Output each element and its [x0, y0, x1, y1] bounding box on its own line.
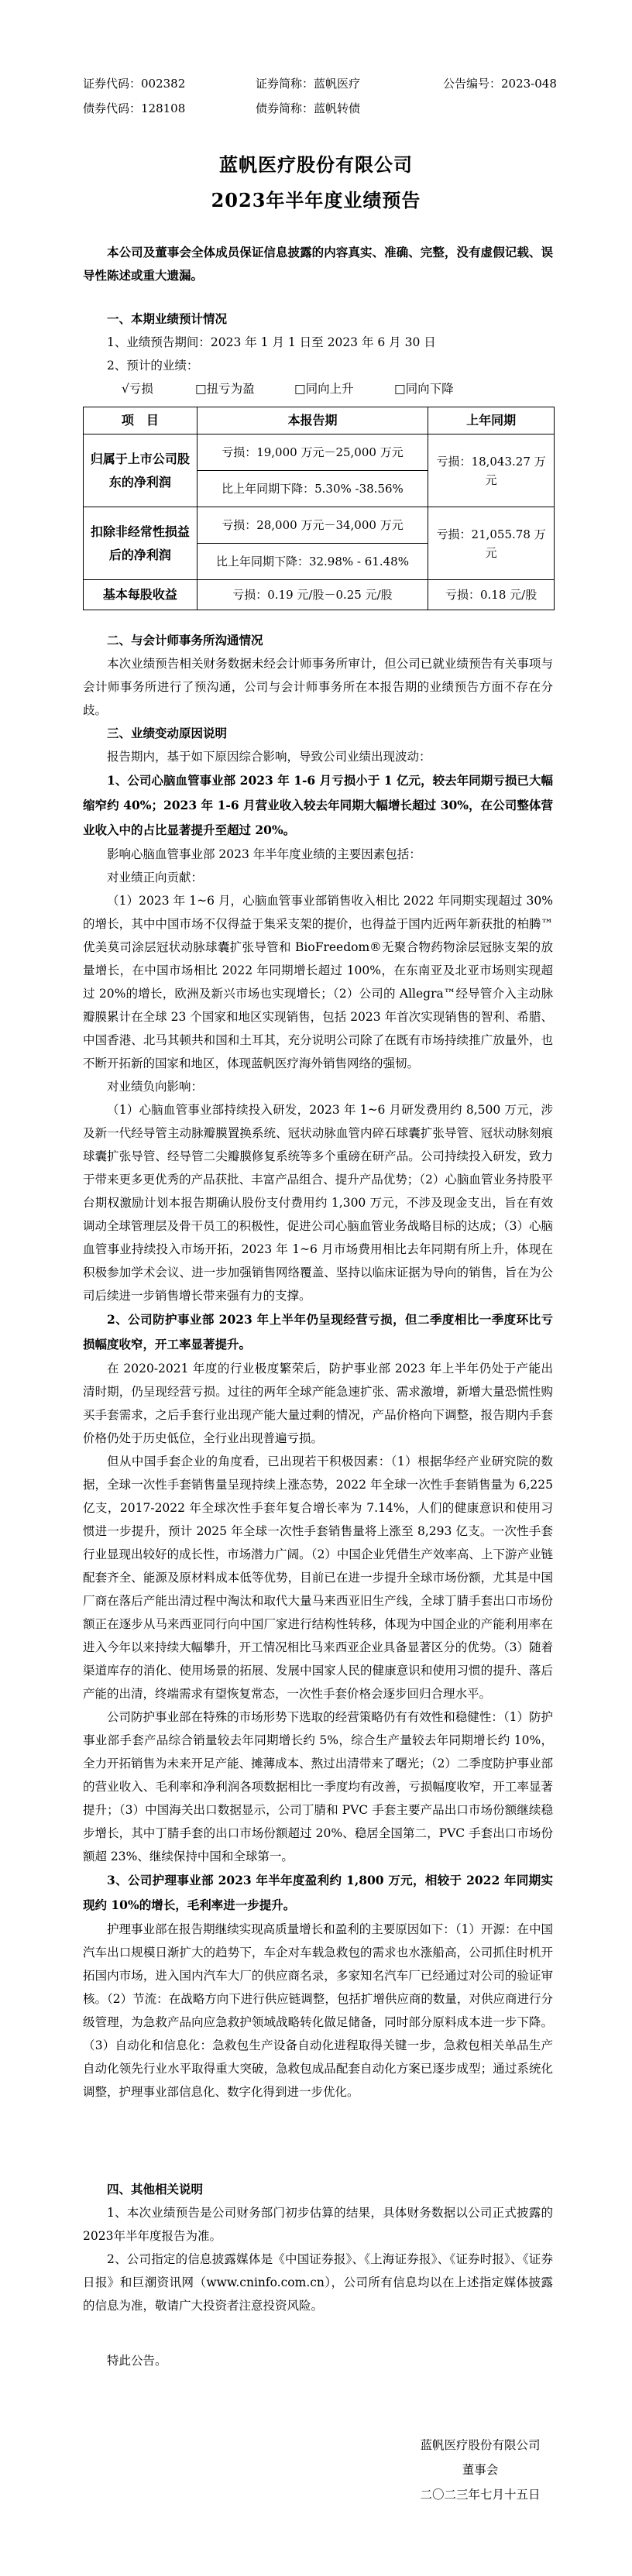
- cardio-positive-label: 对业绩正向贡献：: [83, 866, 553, 889]
- announcement-number: 公告编号：2023-048: [443, 75, 557, 92]
- other-note-1: 1、本次业绩预告是公司财务部门初步估算的结果，具体财务数据以公司正式披露的202…: [83, 2201, 553, 2248]
- cell-current-change: 比上年同期下降：32.98% - 61.48%: [197, 544, 428, 580]
- performance-type-options: √亏损 □扭亏为盈 □同向上升 □同向下降: [83, 377, 553, 400]
- signature-company: 蓝帆医疗股份有限公司: [414, 2432, 546, 2458]
- announcement-page: 证券代码：002382 证券简称：蓝帆医疗 公告编号：2023-048 债券代码…: [0, 0, 632, 2576]
- protection-text-b: 但从中国手套企业的角度看，已出现若干积极因素：（1）根据华经产业研究院的数据，全…: [83, 1450, 553, 1705]
- cell-current-change: 比上年同期下降：5.30% -38.56%: [197, 471, 428, 507]
- row-label-net-profit: 归属于上市公司股东的净利润: [84, 434, 197, 507]
- header-line-2: 债券代码：128108 债券简称：蓝帆转债: [83, 100, 555, 117]
- company-title: 蓝帆医疗股份有限公司: [0, 153, 632, 177]
- cardio-factors: 影响心脑血管事业部 2023 年半年度业绩的主要因素包括：: [83, 843, 553, 866]
- section-1-heading: 一、本期业绩预计情况: [83, 307, 553, 331]
- section-3-intro: 报告期内，基于如下原因综合影响，导致公司业绩出现波动：: [83, 745, 553, 768]
- signature-date: 二〇二三年七月十五日: [414, 2482, 546, 2508]
- board-statement: 本公司及董事会全体成员保证信息披露的内容真实、准确、完整，没有虚假记载、误导性陈…: [83, 241, 553, 287]
- closing-text: 特此公告。: [83, 2349, 553, 2372]
- cell-current-value: 亏损：28,000 万元－34,000 万元: [197, 507, 428, 544]
- cell-current-value: 亏损：0.19 元/股－0.25 元/股: [197, 580, 428, 610]
- other-note-2: 2、公司指定的信息披露媒体是《中国证券报》、《上海证券报》、《证券时报》、《证券…: [83, 2248, 553, 2317]
- col-header-prior: 上年同期: [428, 407, 555, 434]
- document-title: 2023年半年度业绩预告: [0, 189, 632, 212]
- row-label-eps: 基本每股收益: [84, 580, 197, 610]
- option-decrease: □同向下降: [394, 377, 454, 400]
- table-row: 归属于上市公司股东的净利润 亏损：19,000 万元－25,000 万元 亏损：…: [84, 434, 555, 471]
- bond-name: 债券简称：蓝帆转债: [256, 100, 360, 117]
- section-2-3: 二、与会计师事务所沟通情况 本次业绩预告相关财务数据未经会计师事务所审计，但公司…: [83, 629, 553, 2104]
- cell-current-value: 亏损：19,000 万元－25,000 万元: [197, 434, 428, 471]
- col-header-current: 本报告期: [197, 407, 428, 434]
- bond-code: 债券代码：128108: [83, 100, 185, 117]
- section-3-heading: 三、业绩变动原因说明: [83, 722, 553, 745]
- cardio-summary: 1、公司心脑血管事业部 2023 年 1-6 月亏损小于 1 亿元，较去年同期亏…: [83, 768, 553, 843]
- cell-prior-value: 亏损：0.18 元/股: [428, 580, 555, 610]
- option-loss: √亏损: [122, 377, 153, 400]
- section-1: 一、本期业绩预计情况 1、业绩预告期间：2023 年 1 月 1 日至 2023…: [83, 307, 553, 400]
- protection-text-c: 公司防护事业部在特殊的市场形势下选取的经营策略仍有有效性和稳健性：（1）防护事业…: [83, 1705, 553, 1868]
- option-turnaround: □扭亏为盈: [195, 377, 255, 400]
- cardio-positive-text: （1）2023 年 1~6 月，心脑血管事业部销售收入相比 2022 年同期实现…: [83, 889, 553, 1075]
- statement-block: 本公司及董事会全体成员保证信息披露的内容真实、准确、完整，没有虚假记载、误导性陈…: [83, 241, 553, 287]
- section-4: 四、其他相关说明 1、本次业绩预告是公司财务部门初步估算的结果，具体财务数据以公…: [83, 2178, 553, 2317]
- col-header-item: 项 目: [84, 407, 197, 434]
- forecast-period: 1、业绩预告期间：2023 年 1 月 1 日至 2023 年 6 月 30 日: [83, 331, 553, 354]
- table-row: 扣除非经常性损益后的净利润 亏损：28,000 万元－34,000 万元 亏损：…: [84, 507, 555, 544]
- stock-code: 证券代码：002382: [83, 75, 185, 92]
- header-line-1: 证券代码：002382 证券简称：蓝帆医疗 公告编号：2023-048: [83, 75, 555, 92]
- table-header-row: 项 目 本报告期 上年同期: [84, 407, 555, 434]
- cardio-negative-label: 对业绩负向影响：: [83, 1075, 553, 1098]
- protection-text-a: 在 2020-2021 年度的行业极度繁荣后，防护事业部 2023 年上半年仍处…: [83, 1357, 553, 1450]
- stock-name: 证券简称：蓝帆医疗: [256, 75, 360, 92]
- section-2-text: 本次业绩预告相关财务数据未经会计师事务所审计，但公司已就业绩预告有关事项与会计师…: [83, 652, 553, 722]
- closing-block: 特此公告。: [83, 2349, 553, 2372]
- option-increase: □同向上升: [294, 377, 354, 400]
- protection-summary: 2、公司防护事业部 2023 年上半年仍呈现经营亏损，但二季度相比一季度环比亏损…: [83, 1307, 553, 1357]
- section-4-heading: 四、其他相关说明: [83, 2178, 553, 2201]
- cell-prior-value: 亏损：21,055.78 万元: [428, 507, 555, 580]
- expected-performance-label: 2、预计的业绩：: [83, 354, 553, 377]
- cardio-negative-text: （1）心脑血管事业部持续投入研发，2023 年 1~6 月研发费用约 8,500…: [83, 1098, 553, 1307]
- cell-prior-value: 亏损：18,043.27 万元: [428, 434, 555, 507]
- table-row: 基本每股收益 亏损：0.19 元/股－0.25 元/股 亏损：0.18 元/股: [84, 580, 555, 610]
- care-summary: 3、公司护理事业部 2023 年半年度盈利约 1,800 万元，相较于 2022…: [83, 1868, 553, 1918]
- care-text: 护理事业部在报告期继续实现高质量增长和盈利的主要原因如下：（1）开源：在中国汽车…: [83, 1918, 553, 2104]
- row-label-net-profit-excl: 扣除非经常性损益后的净利润: [84, 507, 197, 580]
- performance-forecast-table: 项 目 本报告期 上年同期 归属于上市公司股东的净利润 亏损：19,000 万元…: [83, 407, 555, 610]
- signature-board: 董事会: [414, 2457, 546, 2483]
- section-2-heading: 二、与会计师事务所沟通情况: [83, 629, 553, 652]
